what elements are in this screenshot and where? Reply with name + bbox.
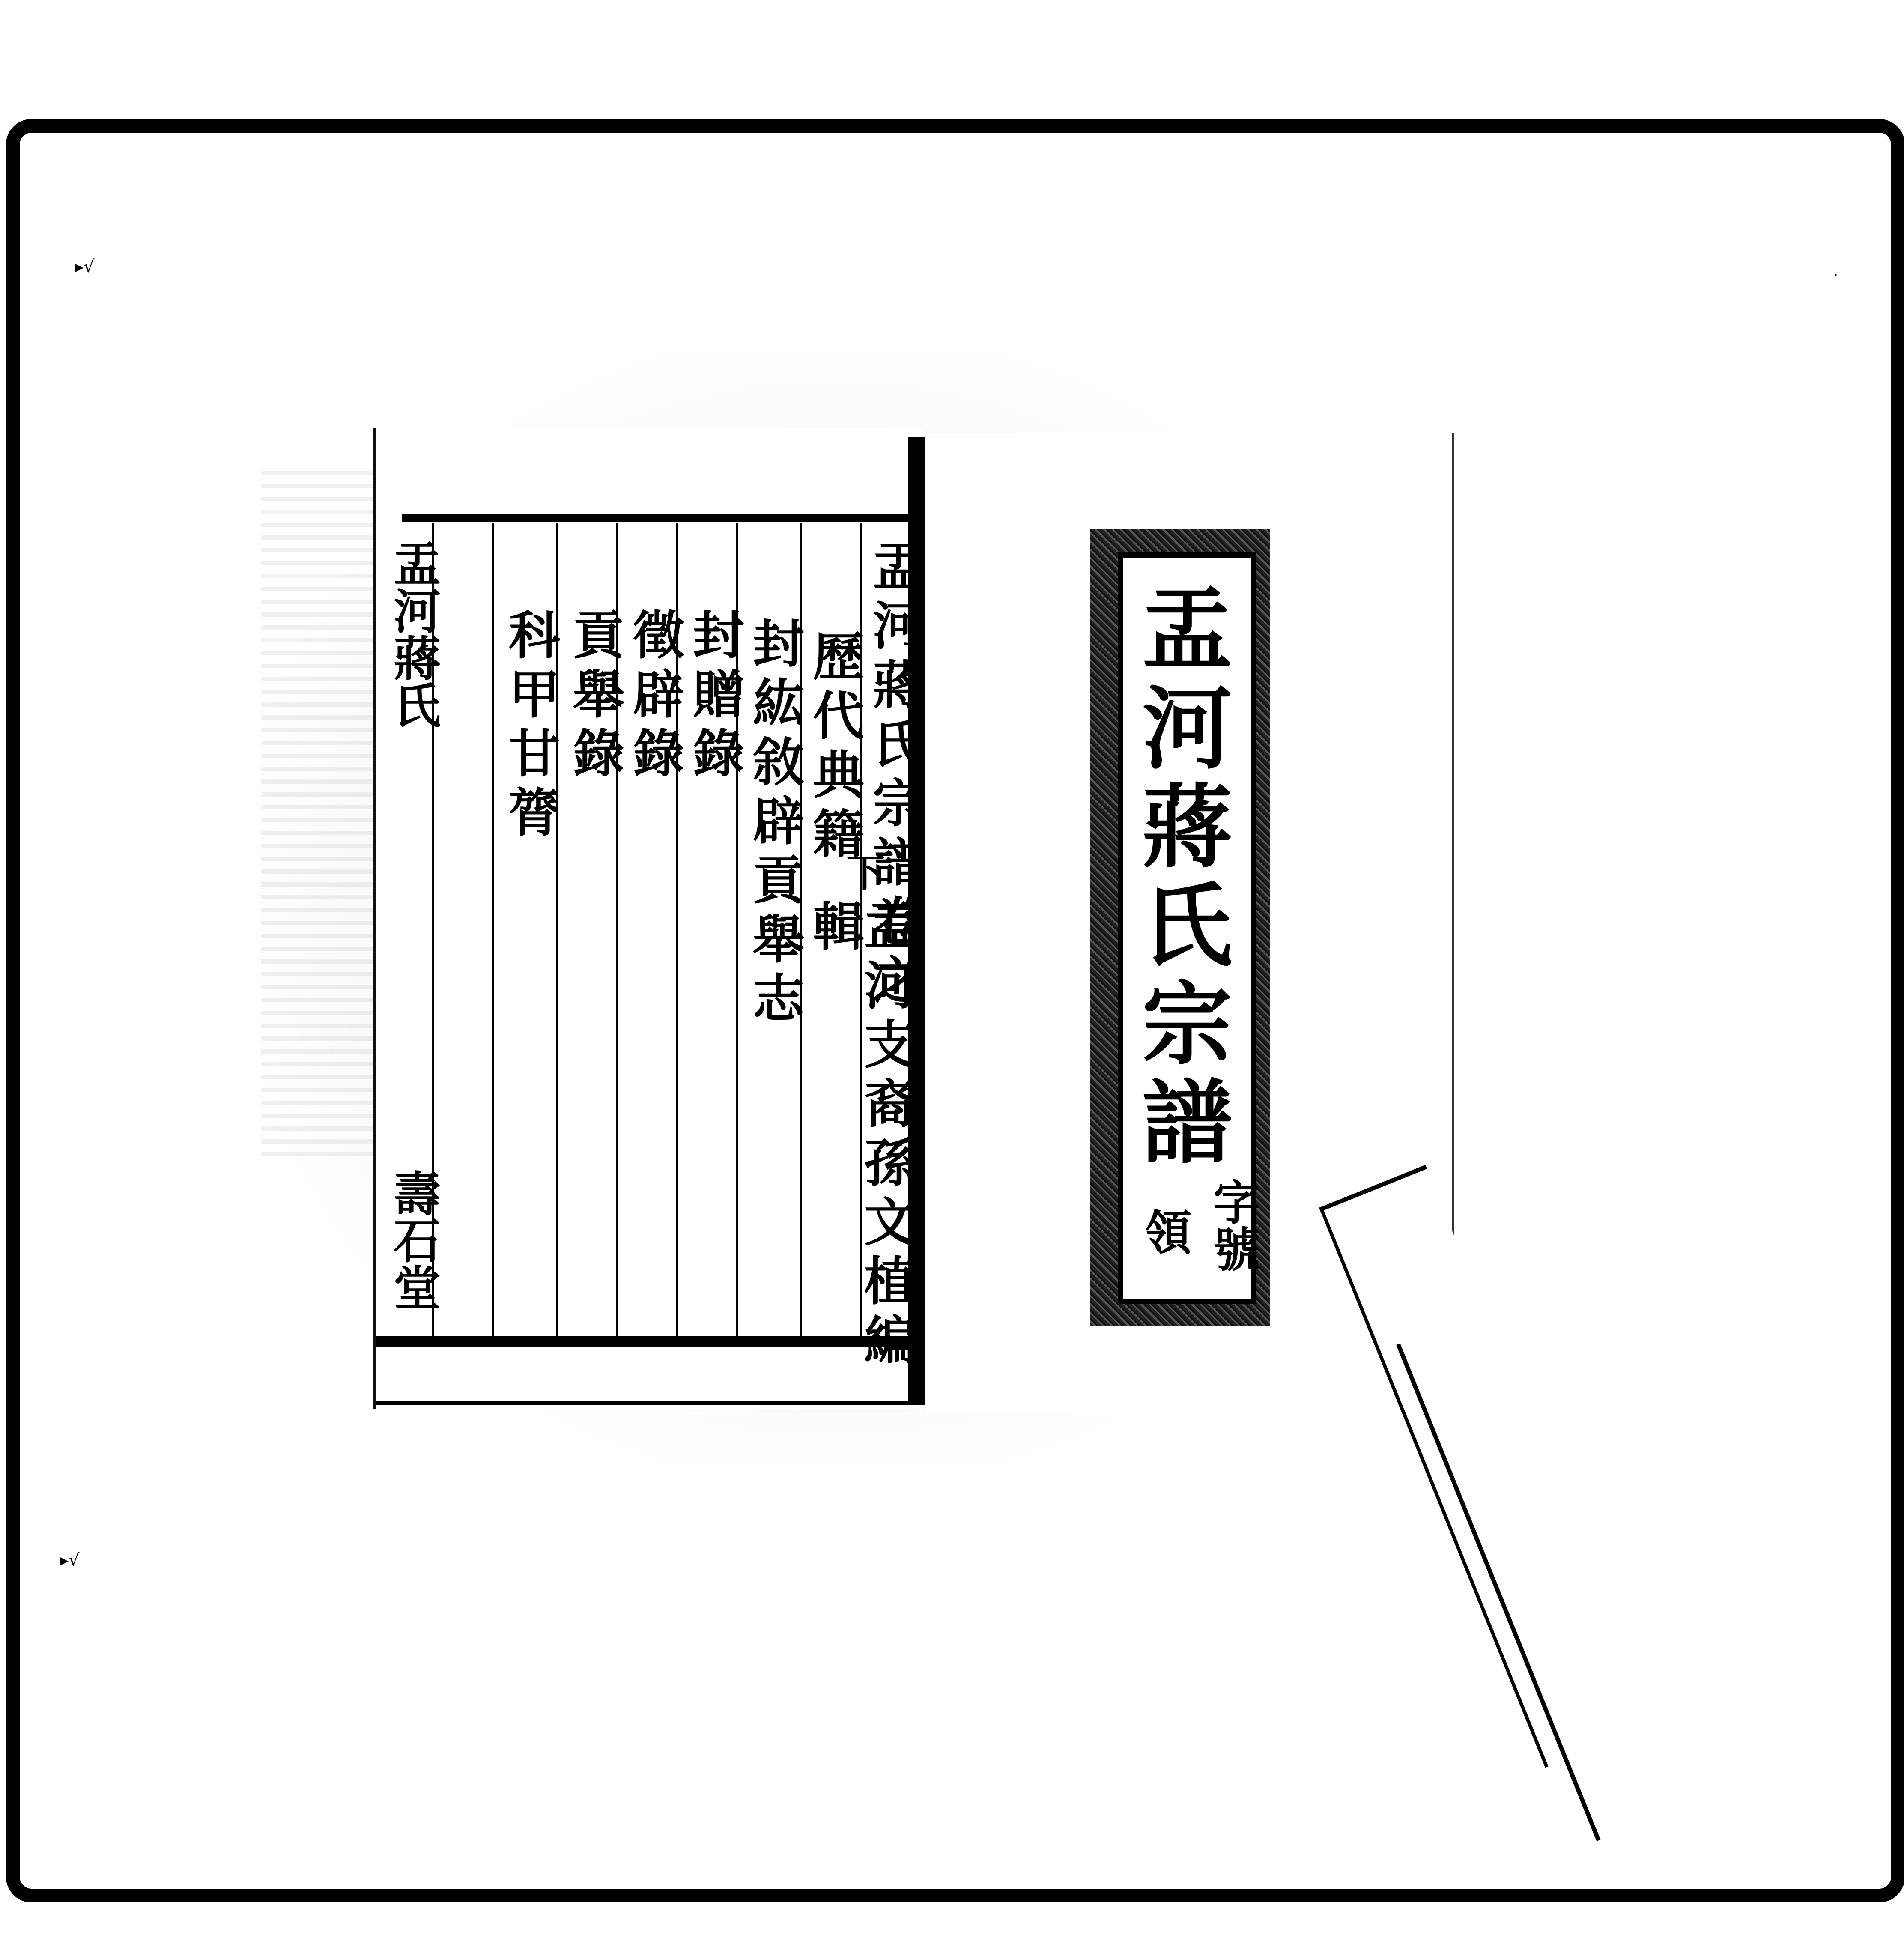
toc-item: 封贈錄 [689, 608, 740, 785]
compiler-line: 盂河支裔孫文植編輯 [809, 899, 911, 1409]
spine-title: 盂河蔣氏 [379, 540, 447, 728]
toc-item: 貢舉錄 [569, 608, 620, 785]
top-rule [402, 514, 928, 522]
scan-mark-top-right: · [1833, 266, 1838, 285]
toc-item: 徵辟錄 [629, 608, 680, 785]
toc-item-note: 下 [843, 852, 881, 899]
cover-title: 盂河蔣氏宗譜 [1135, 582, 1225, 1174]
column-rule [492, 523, 494, 1336]
toc-item: 科甲甘膂 [504, 608, 556, 845]
binding-edge [908, 437, 925, 1405]
toc-item: 歷代典籍 [809, 630, 860, 866]
inner-page: 盂河蔣氏 壽石堂 盂河蔣氏宗譜卷之 歷代典籍 下 封紘敘辟貢舉志 封贈錄 徵辟錄… [373, 428, 924, 1409]
spine-hall-name: 壽石堂 [379, 1169, 447, 1311]
scan-mark-bottom-left: ▸√ [60, 1550, 80, 1570]
scan-mark-top-left: ▸√ [75, 257, 95, 277]
toc-item: 封紘敘辟貢舉志 [749, 617, 800, 1030]
cover-sub-label-right: 字號 [1199, 1178, 1267, 1272]
cover-sub-label-left: 領 [1131, 1208, 1198, 1255]
